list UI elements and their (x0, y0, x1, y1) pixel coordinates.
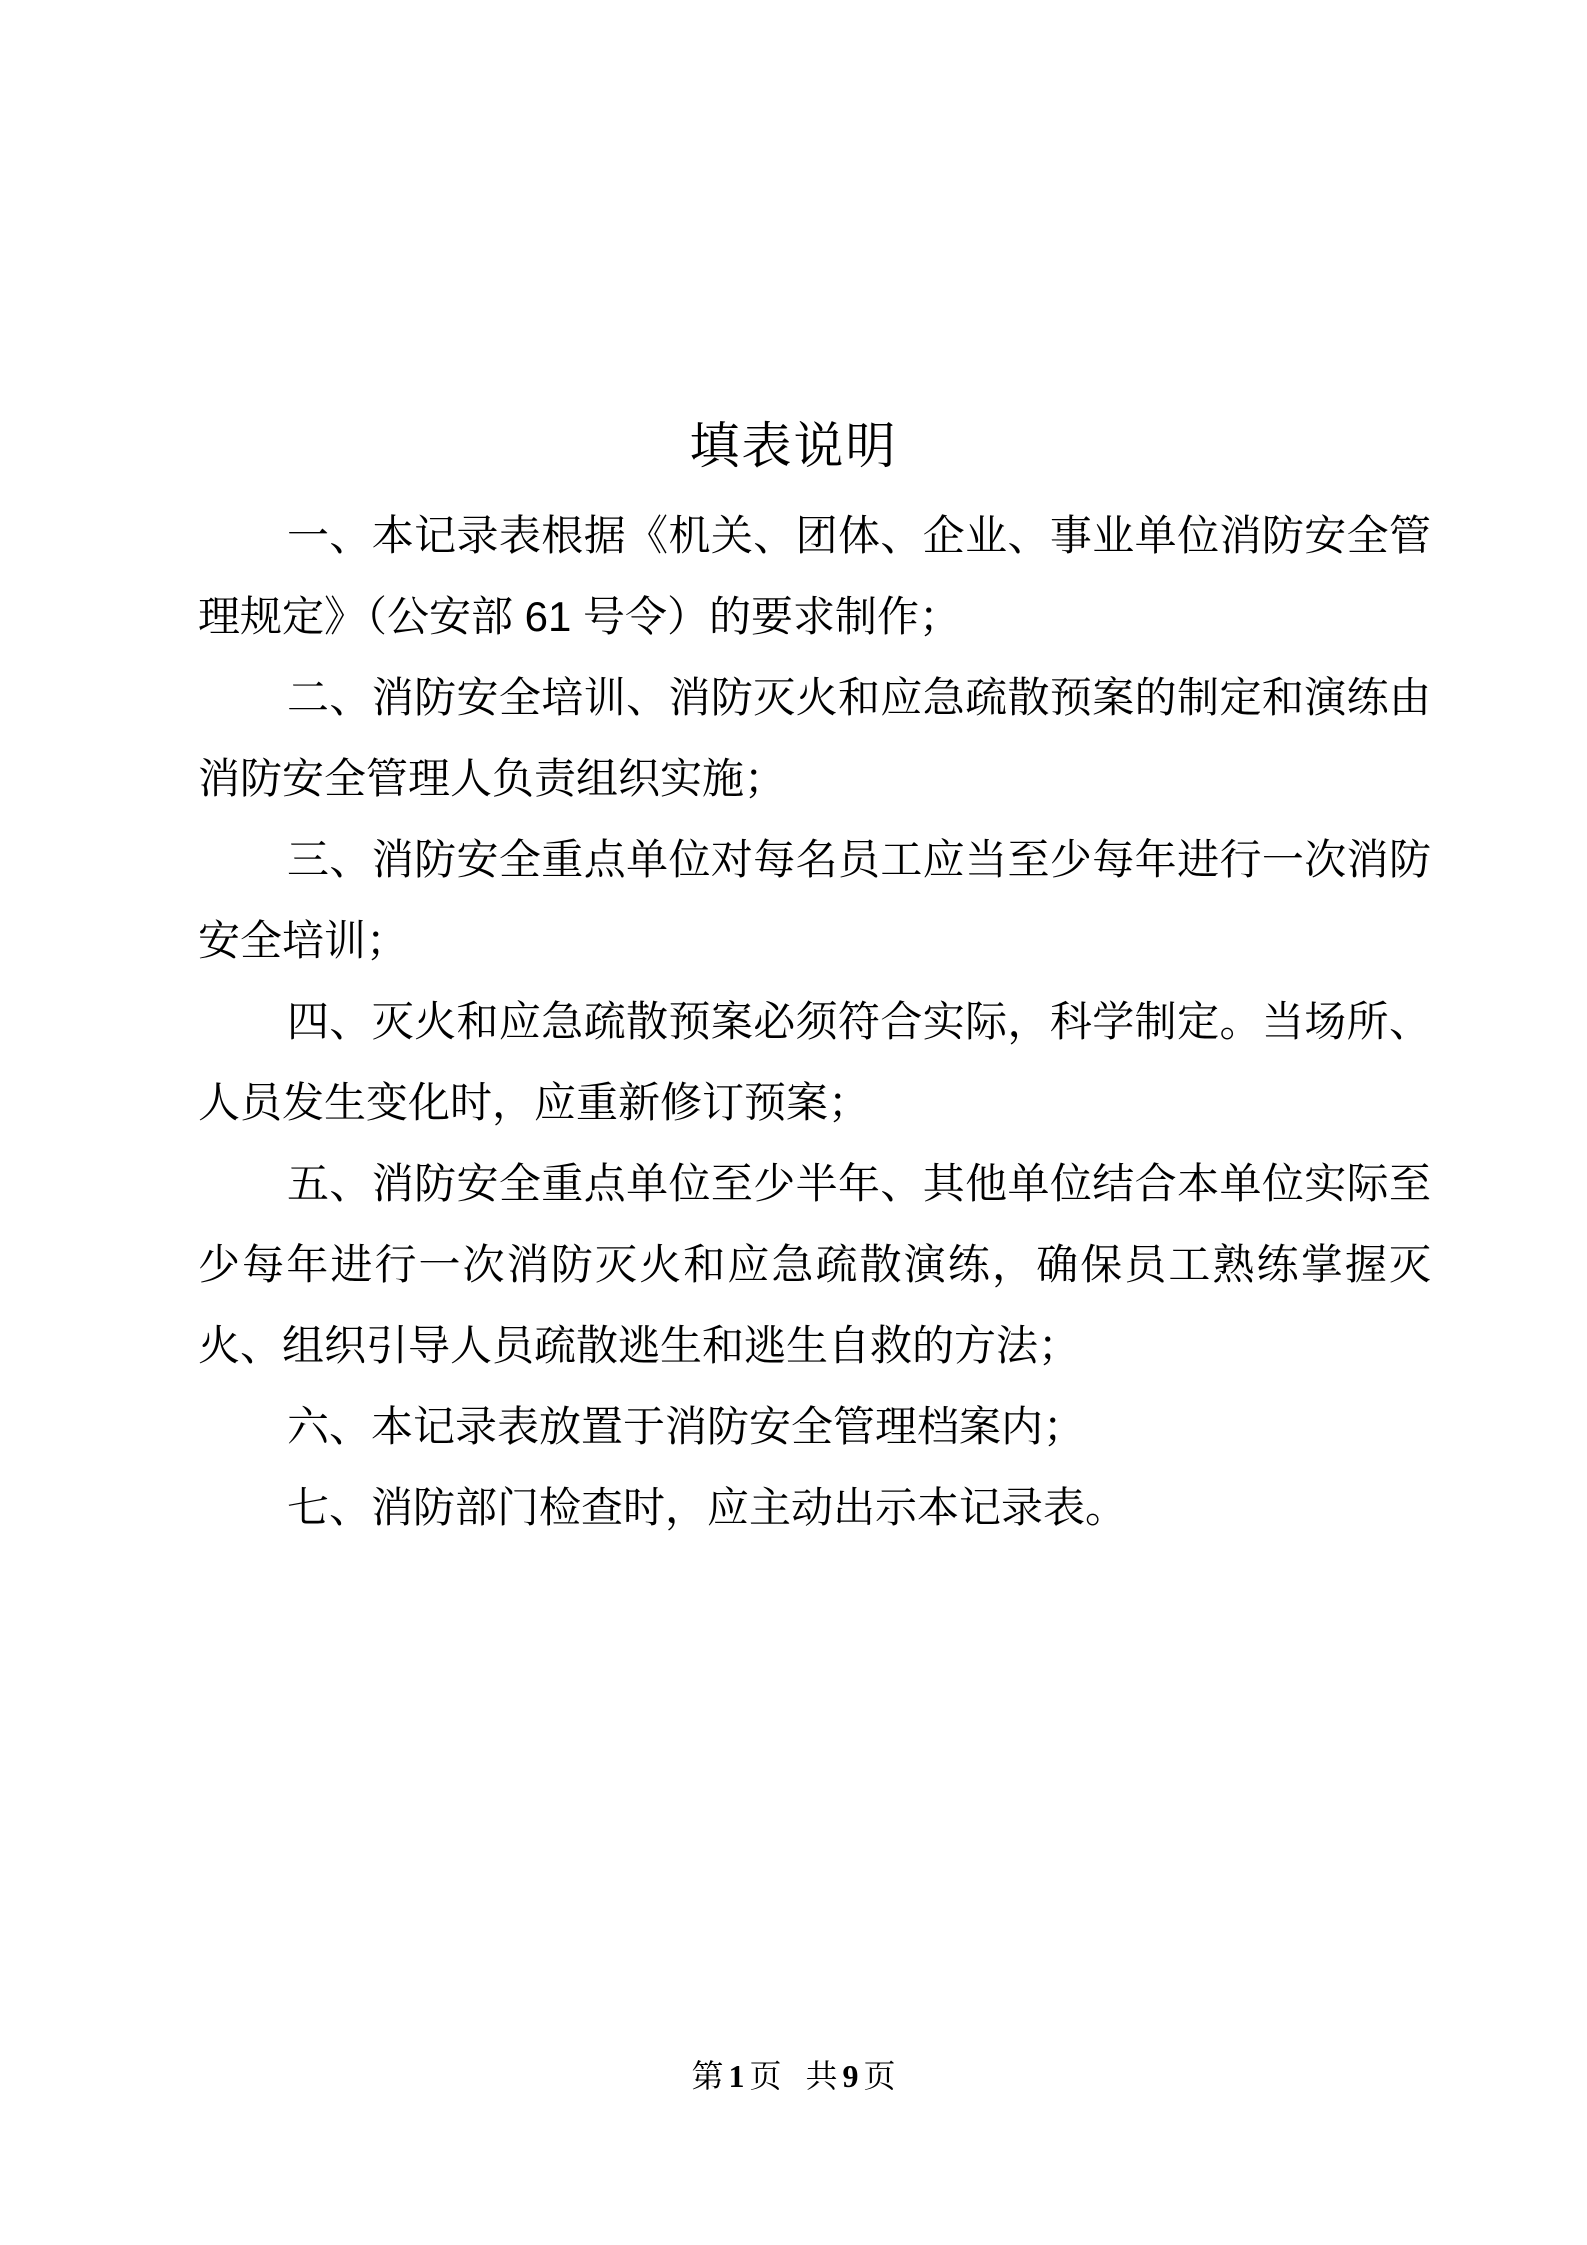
paragraph-line: 火、组织引导人员疏散逃生和逃生自救的方法； (198, 1305, 1431, 1386)
paragraph-line: 少每年进行一次消防灭火和应急疏散演练，确保员工熟练掌握灭 (198, 1224, 1431, 1305)
paragraph-1: 一、本记录表根据《机关、团体、企业、事业单位消防安全管 理规定》（公安部 61 … (198, 495, 1431, 657)
paragraph-6: 六、本记录表放置于消防安全管理档案内； (198, 1386, 1431, 1467)
paragraph-7: 七、消防部门检查时，应主动出示本记录表。 (198, 1467, 1431, 1548)
paragraph-line: 人员发生变化时，应重新修订预案； (198, 1062, 1431, 1143)
paragraph-line: 理规定》（公安部 61 号令）的要求制作； (198, 576, 1431, 657)
total-pages-prefix: 共 (806, 2058, 838, 2094)
paragraph-line: 消防安全管理人负责组织实施； (198, 738, 1431, 819)
paragraph-3: 三、消防安全重点单位对每名员工应当至少每年进行一次消防 安全培训； (198, 819, 1431, 981)
page-footer: 第1页共9页 (0, 2056, 1587, 2096)
total-pages-number: 9 (838, 2058, 864, 2094)
document-page: { "page": { "background_color": "#ffffff… (0, 0, 1587, 2245)
paragraph-line: 安全培训； (198, 900, 1431, 981)
page-title: 填表说明 (0, 406, 1587, 487)
paragraph-line: 四、灭火和应急疏散预案必须符合实际，科学制定。当场所、 (198, 981, 1431, 1062)
paragraph-4: 四、灭火和应急疏散预案必须符合实际，科学制定。当场所、 人员发生变化时，应重新修… (198, 981, 1431, 1143)
page-number: 1 (723, 2058, 749, 2094)
paragraph-2: 二、消防安全培训、消防灭火和应急疏散预案的制定和演练由 消防安全管理人负责组织实… (198, 657, 1431, 819)
instructions-section: 填表说明 一、本记录表根据《机关、团体、企业、事业单位消防安全管 理规定》（公安… (198, 0, 1431, 1548)
total-pages-unit: 页 (864, 2058, 896, 2094)
page-number-prefix: 第 (691, 2058, 723, 2094)
paragraph-line: 六、本记录表放置于消防安全管理档案内； (198, 1386, 1431, 1467)
paragraph-line: 三、消防安全重点单位对每名员工应当至少每年进行一次消防 (198, 819, 1431, 900)
paragraph-5: 五、消防安全重点单位至少半年、其他单位结合本单位实际至 少每年进行一次消防灭火和… (198, 1143, 1431, 1386)
paragraph-line: 七、消防部门检查时，应主动出示本记录表。 (198, 1467, 1431, 1548)
paragraph-line: 二、消防安全培训、消防灭火和应急疏散预案的制定和演练由 (198, 657, 1431, 738)
paragraph-line: 一、本记录表根据《机关、团体、企业、事业单位消防安全管 (198, 495, 1431, 576)
paragraph-line: 五、消防安全重点单位至少半年、其他单位结合本单位实际至 (198, 1143, 1431, 1224)
page-number-unit: 页 (749, 2058, 781, 2094)
